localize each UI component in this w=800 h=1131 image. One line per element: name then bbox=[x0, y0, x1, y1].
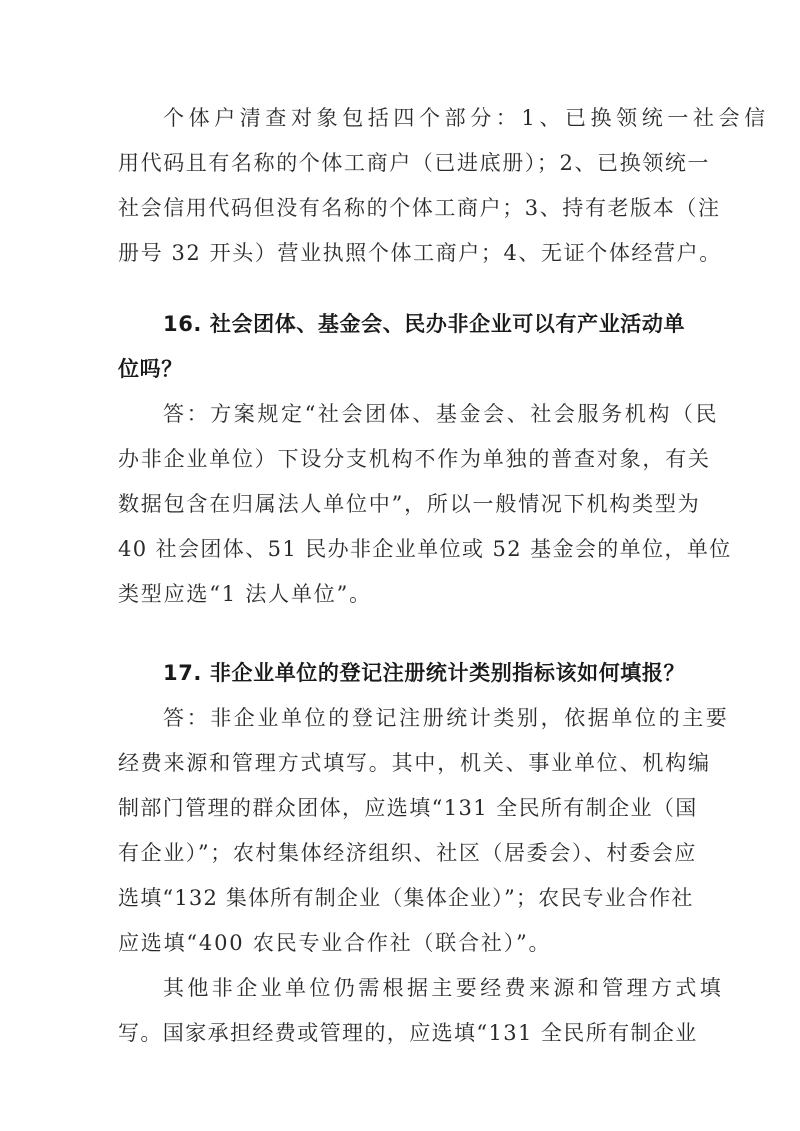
answer-line: 写。国家承担经费或管理的，应选填“131 全民所有制企业 bbox=[118, 1011, 682, 1056]
question-title: 位吗？ bbox=[118, 347, 682, 392]
answer-line: 经费来源和管理方式填写。其中，机关、事业单位、机构编 bbox=[118, 741, 682, 786]
text-line: 册号 32 开头）营业执照个体工商户；4、无证个体经营户。 bbox=[118, 231, 682, 276]
text-line: 用代码且有名称的个体工商户（已进底册）；2、已换领统一 bbox=[118, 141, 682, 186]
question-16: 16. 社会团体、基金会、民办非企业可以有产业活动单 位吗？ 答：方案规定“社会… bbox=[118, 302, 682, 617]
answer-line: 应选填“400 农民专业合作社（联合社）”。 bbox=[118, 921, 682, 966]
answer-line: 答：非企业单位的登记注册统计类别，依据单位的主要 bbox=[118, 696, 682, 741]
intro-paragraph: 个体户清查对象包括四个部分：1、已换领统一社会信 用代码且有名称的个体工商户（已… bbox=[118, 96, 682, 276]
document-page: 个体户清查对象包括四个部分：1、已换领统一社会信 用代码且有名称的个体工商户（已… bbox=[118, 96, 682, 1056]
answer-line: 选填“132 集体所有制企业（集体企业）”；农民专业合作社 bbox=[118, 876, 682, 921]
question-title: 17. 非企业单位的登记注册统计类别指标该如何填报？ bbox=[118, 651, 682, 696]
answer-line: 其他非企业单位仍需根据主要经费来源和管理方式填 bbox=[118, 966, 682, 1011]
text-line: 社会信用代码但没有名称的个体工商户；3、持有老版本（注 bbox=[118, 186, 682, 231]
answer-line: 办非企业单位）下设分支机构不作为单独的普查对象，有关 bbox=[118, 437, 682, 482]
answer-line: 数据包含在归属法人单位中”，所以一般情况下机构类型为 bbox=[118, 482, 682, 527]
text-line: 个体户清查对象包括四个部分：1、已换领统一社会信 bbox=[118, 96, 682, 141]
answer-line: 有企业）”；农村集体经济组织、社区（居委会）、村委会应 bbox=[118, 831, 682, 876]
question-title: 16. 社会团体、基金会、民办非企业可以有产业活动单 bbox=[118, 302, 682, 347]
question-17: 17. 非企业单位的登记注册统计类别指标该如何填报？ 答：非企业单位的登记注册统… bbox=[118, 651, 682, 1056]
answer-line: 40 社会团体、51 民办非企业单位或 52 基金会的单位，单位 bbox=[118, 527, 682, 572]
answer-line: 类型应选“1 法人单位”。 bbox=[118, 572, 682, 617]
answer-line: 答：方案规定“社会团体、基金会、社会服务机构（民 bbox=[118, 392, 682, 437]
answer-line: 制部门管理的群众团体，应选填“131 全民所有制企业（国 bbox=[118, 786, 682, 831]
